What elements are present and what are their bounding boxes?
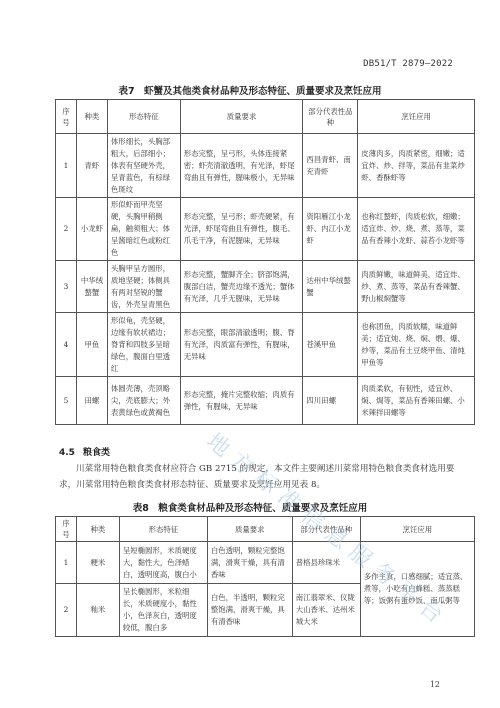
header-variety: 部分代表性品种	[303, 100, 358, 134]
cell-quality: 形态完整，呈弓形；虾壳硬紧，有光泽，虾尾弯曲且有弹性，腹毛、爪毛干净，有泥腥味，…	[180, 198, 303, 261]
cell-variety: 苍溪甲鱼	[303, 313, 358, 377]
cell-quality: 形态完整，掩片完整收缩；肉质有弹性，有腥味，无异味	[180, 377, 303, 425]
cell-form: 体圆壳薄，壳顶略尖，壳底膨大；外表黄绿色或黄褐色	[107, 377, 180, 425]
cell-no: 2	[56, 584, 77, 637]
cell-form: 呈长椭圆形，米粒细长，米质硬度小，黏性小，色泽灰白，透明度较低，腹白多	[119, 584, 207, 637]
cell-form: 形似龟，壳坚硬，边缘有软状裙边；脊背和四肢多呈暗绿色，腹面白里透红	[107, 313, 180, 377]
table8-caption: 表8 粮食类食材品种及形态特征、质量要求及烹饪应用	[0, 500, 500, 514]
page-number: 12	[430, 680, 440, 689]
cell-cooking: 多作主食，口感细腻；适宜蒸、煮等，小吃有白蜂糕、蒸蒸糕等；饭粥有蛋炒饭、南瓜粥等	[360, 542, 474, 637]
cell-variety: 资阳雁江小龙虾、内江小龙虾	[303, 198, 358, 261]
header-kind: 种类	[76, 517, 119, 542]
cell-no: 5	[56, 377, 77, 425]
cell-quality: 白色透明，颗粒完整饱满，滑爽干燥，具有清香味	[207, 542, 292, 584]
cell-kind: 甲鱼	[76, 313, 107, 377]
cell-no: 3	[56, 261, 77, 313]
document-id: DB51/T 2879—2022	[363, 59, 453, 69]
cell-variety: 西昌青虾、南充青虾	[303, 134, 358, 198]
header-cooking: 烹饪应用	[358, 100, 475, 134]
table8: 序号 种类 形态特征 质量要求 部分代表性品种 烹饪应用 1 粳米 呈短椭圆形，…	[55, 516, 475, 637]
cell-quality: 形态完整，眼部清澈透明；腹、脊有光泽，肉质富有弹性，有腥味，无异味	[180, 313, 303, 377]
cell-cooking: 也称团鱼，肉质软糯，味道鲜美；适宜炖、烧、焖、煨、爆、炒等，菜品有土豆烧甲鱼、清…	[358, 313, 475, 377]
cell-variety: 南江翡翠米、仪陇大山香米、达州米城大米	[292, 584, 360, 637]
cell-no: 4	[56, 313, 77, 377]
cell-cooking: 也称红螯虾，肉质松软，细嫩；适宜炸、炒、烧、煮、蒸等，菜品有香辣小龙虾、蒜苔小龙…	[358, 198, 475, 261]
table7-header-row: 序号 种类 形态特征 质量要求 部分代表性品种 烹饪应用	[56, 100, 475, 134]
table-row: 1 粳米 呈短椭圆形，米质硬度大，黏性大，色泽蜡白，透明度高，腹白小 白色透明，…	[56, 542, 475, 584]
table-row: 5 田螺 体圆壳薄，壳顶略尖，壳底膨大；外表黄绿色或黄褐色 形态完整，掩片完整收…	[56, 377, 475, 425]
header-quality: 质量要求	[180, 100, 303, 134]
table-row: 3 中华绒螯蟹 头胸甲呈方圆形，质地坚硬；体侧具有两对坚锐的蟹齿，外壳呈青黑色 …	[56, 261, 475, 313]
header-kind: 种类	[76, 100, 107, 134]
cell-kind: 田螺	[76, 377, 107, 425]
cell-kind: 粳米	[76, 542, 119, 584]
header-variety: 部分代表性品种	[292, 517, 360, 542]
cell-kind: 籼米	[76, 584, 119, 637]
cell-cooking: 肉质柔软，有韧性，适宜炒、焖、焗等，菜品有香辣田螺、小米辣拌田螺等	[358, 377, 475, 425]
cell-variety: 普格县珍珠米	[292, 542, 360, 584]
header-cooking: 烹饪应用	[360, 517, 474, 542]
cell-quality: 白色，半透明，颗粒完整饱满，滑爽干燥，具有清香味	[207, 584, 292, 637]
cell-kind: 小龙虾	[76, 198, 107, 261]
table8-header-row: 序号 种类 形态特征 质量要求 部分代表性品种 烹饪应用	[56, 517, 475, 542]
header-no: 序号	[56, 100, 77, 134]
cell-form: 呈短椭圆形，米质硬度大，黏性大，色泽蜡白，透明度高，腹白小	[119, 542, 207, 584]
cell-kind: 中华绒螯蟹	[76, 261, 107, 313]
cell-variety: 四川田螺	[303, 377, 358, 425]
header-form: 形态特征	[107, 100, 180, 134]
table-row: 2 小龙虾 形似虾而甲壳坚硬，头胸甲稍侧扁，触须粗大；体呈酱暗红色或粉红色 形态…	[56, 198, 475, 261]
cell-quality: 形态完整，呈弓形，头体连接紧密；虾壳清澈透明，有光泽，虾尾弯曲且有弹性，腥味极小…	[180, 134, 303, 198]
header-no: 序号	[56, 517, 77, 542]
cell-no: 1	[56, 542, 77, 584]
section-number: 4.5	[59, 448, 75, 458]
cell-cooking: 皮薄肉多，肉质紧密，细嫩；适宜炸、炒、拌等，菜品有韭菜炒虾、香酥虾等	[358, 134, 475, 198]
header-form: 形态特征	[119, 517, 207, 542]
cell-quality: 形态完整，蟹脚齐全；脐部饱满，腹部白洁，蟹壳边缘不透光；蟹体有光泽，几乎无腥味，…	[180, 261, 303, 313]
section-paragraph: 川菜常用特色粮食类食材应符合 GB 2715 的规定，本文件主要阐述川菜常用特色…	[59, 461, 464, 493]
cell-form: 体形细长，头胸部粗大，后部细小；体表有坚硬外壳，呈青蓝色，有棕绿色斑纹	[107, 134, 180, 198]
section-heading: 4.5粮食类	[59, 445, 118, 458]
table-row: 4 甲鱼 形似龟，壳坚硬，边缘有软状裙边；脊背和四肢多呈暗绿色，腹面白里透红 形…	[56, 313, 475, 377]
cell-no: 1	[56, 134, 77, 198]
cell-no: 2	[56, 198, 77, 261]
table7-caption: 表7 虾蟹及其他类食材品种及形态特征、质量要求及烹饪应用	[0, 83, 500, 97]
section-title: 粮食类	[83, 448, 110, 458]
header-quality: 质量要求	[207, 517, 292, 542]
cell-form: 形似虾而甲壳坚硬，头胸甲稍侧扁，触须粗大；体呈酱暗红色或粉红色	[107, 198, 180, 261]
cell-kind: 青虾	[76, 134, 107, 198]
cell-form: 头胸甲呈方圆形，质地坚硬；体侧具有两对坚锐的蟹齿，外壳呈青黑色	[107, 261, 180, 313]
table-row: 1 青虾 体形细长，头胸部粗大，后部细小；体表有坚硬外壳，呈青蓝色，有棕绿色斑纹…	[56, 134, 475, 198]
table7: 序号 种类 形态特征 质量要求 部分代表性品种 烹饪应用 1 青虾 体形细长，头…	[55, 99, 475, 425]
cell-variety: 达州中华绒螯蟹	[303, 261, 358, 313]
cell-cooking: 肉质鲜嫩，味道鲜美，适宜炸、炒、煮、蒸等，菜品有香辣蟹、野山椒焖蟹等	[358, 261, 475, 313]
